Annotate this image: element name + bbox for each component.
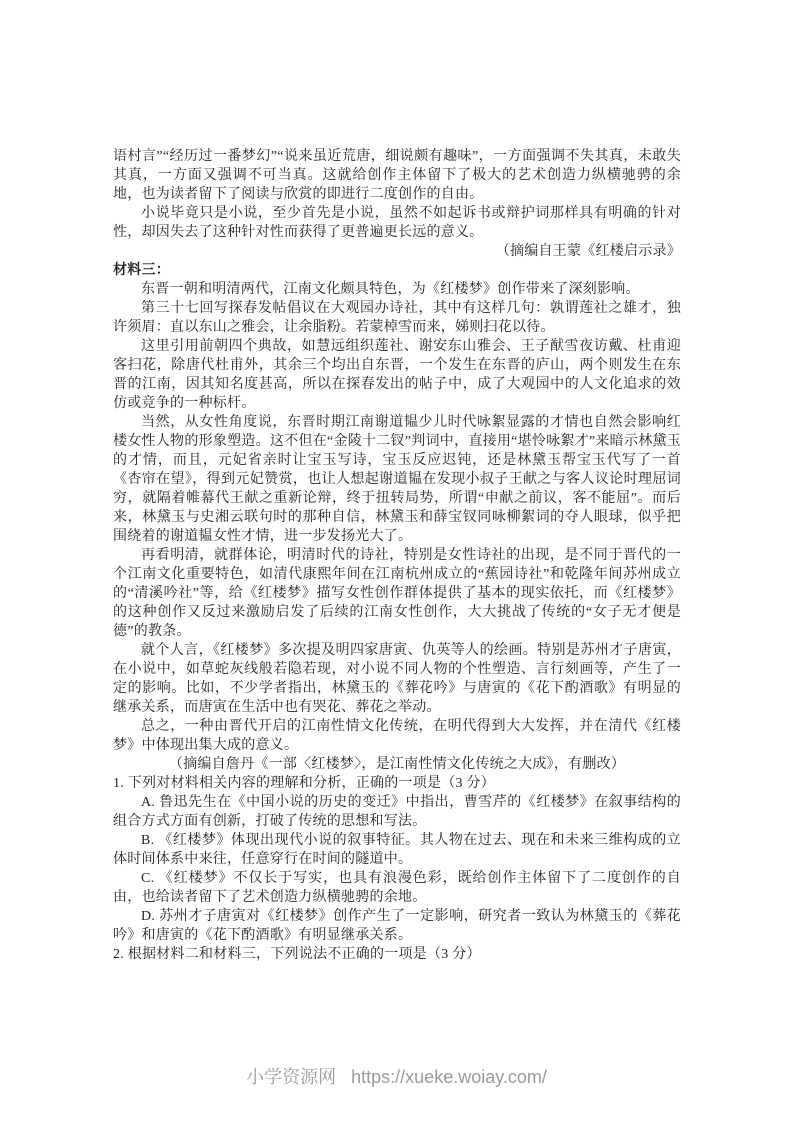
document-text-block: 语村言”“经历过一番梦幻”“说来虽近荒唐，细说颇有趣味”，一方面强调不失其真，未…: [113, 147, 681, 964]
material3-heading: 材料三：: [113, 261, 681, 280]
material3-paragraph-1: 东晋一朝和明清两代，江南文化颇具特色，为《红楼梦》创作带来了深刻影响。: [113, 280, 681, 299]
material3-paragraph-7: 总之，一种由晋代开启的江南性情文化传统，在明代得到大大发挥，并在清代《红楼梦》中…: [113, 717, 681, 755]
material3-attribution: （摘编自詹丹《一部〈红楼梦〉，是江南性情文化传统之大成》，有删改）: [113, 755, 681, 774]
site-url: https://xueke.woiay.com/: [351, 1067, 547, 1087]
material3-paragraph-3: 这里引用前朝四个典故，如慧远组织莲社、谢安东山雅会、王子猷雪夜访戴、杜甫迎客扫花…: [113, 337, 681, 413]
question-1-option-c: C. 《红楼梦》不仅长于写实，也具有浪漫色彩，既给创作主体留下了二度创作的自由，…: [113, 869, 681, 907]
material3-paragraph-6: 就个人言，《红楼梦》多次提及明四家唐寅、仇英等人的绘画。特别是苏州才子唐寅，在小…: [113, 641, 681, 717]
material2-closing-paragraph: 小说毕竟只是小说，至少首先是小说，虽然不如起诉书或辩护词那样具有明确的针对性，却…: [113, 204, 681, 242]
material3-paragraph-4: 当然，从女性角度说，东晋时期江南谢道韫少儿时代咏絮显露的才情也自然会影响红楼女性…: [113, 413, 681, 546]
question-1-option-a: A. 鲁迅先生在《中国小说的历史的变迁》中指出，曹雪芹的《红楼梦》在叙事结构的组…: [113, 793, 681, 831]
document-page: 语村言”“经历过一番梦幻”“说来虽近荒唐，细说颇有趣味”，一方面强调不失其真，未…: [0, 0, 793, 1122]
question-2: 2. 根据材料二和材料三，下列说法不正确的一项是（3 分）: [113, 945, 681, 964]
material2-attribution: （摘编自王蒙《红楼启示录》: [113, 242, 681, 261]
site-name: 小学资源网: [246, 1067, 336, 1087]
question-1: 1. 下列对材料相关内容的理解和分析，正确的一项是（3 分）: [113, 774, 681, 793]
question-1-option-b: B. 《红楼梦》体现出现代小说的叙事特征。其人物在过去、现在和未来三维构成的立体…: [113, 831, 681, 869]
material2-paragraph-continued: 语村言”“经历过一番梦幻”“说来虽近荒唐，细说颇有趣味”，一方面强调不失其真，未…: [113, 147, 681, 204]
question-1-option-d: D. 苏州才子唐寅对《红楼梦》创作产生了一定影响，研究者一致认为林黛玉的《葬花吟…: [113, 907, 681, 945]
footer-watermark: 小学资源网 https://xueke.woiay.com/: [0, 1066, 793, 1088]
material3-paragraph-5: 再看明清，就群体论，明清时代的诗社，特别是女性诗社的出现，是不同于晋代的一个江南…: [113, 546, 681, 641]
material3-paragraph-2: 第三十七回写探春发帖倡议在大观园办诗社，其中有这样几句：孰谓莲社之雄才，独许须眉…: [113, 299, 681, 337]
